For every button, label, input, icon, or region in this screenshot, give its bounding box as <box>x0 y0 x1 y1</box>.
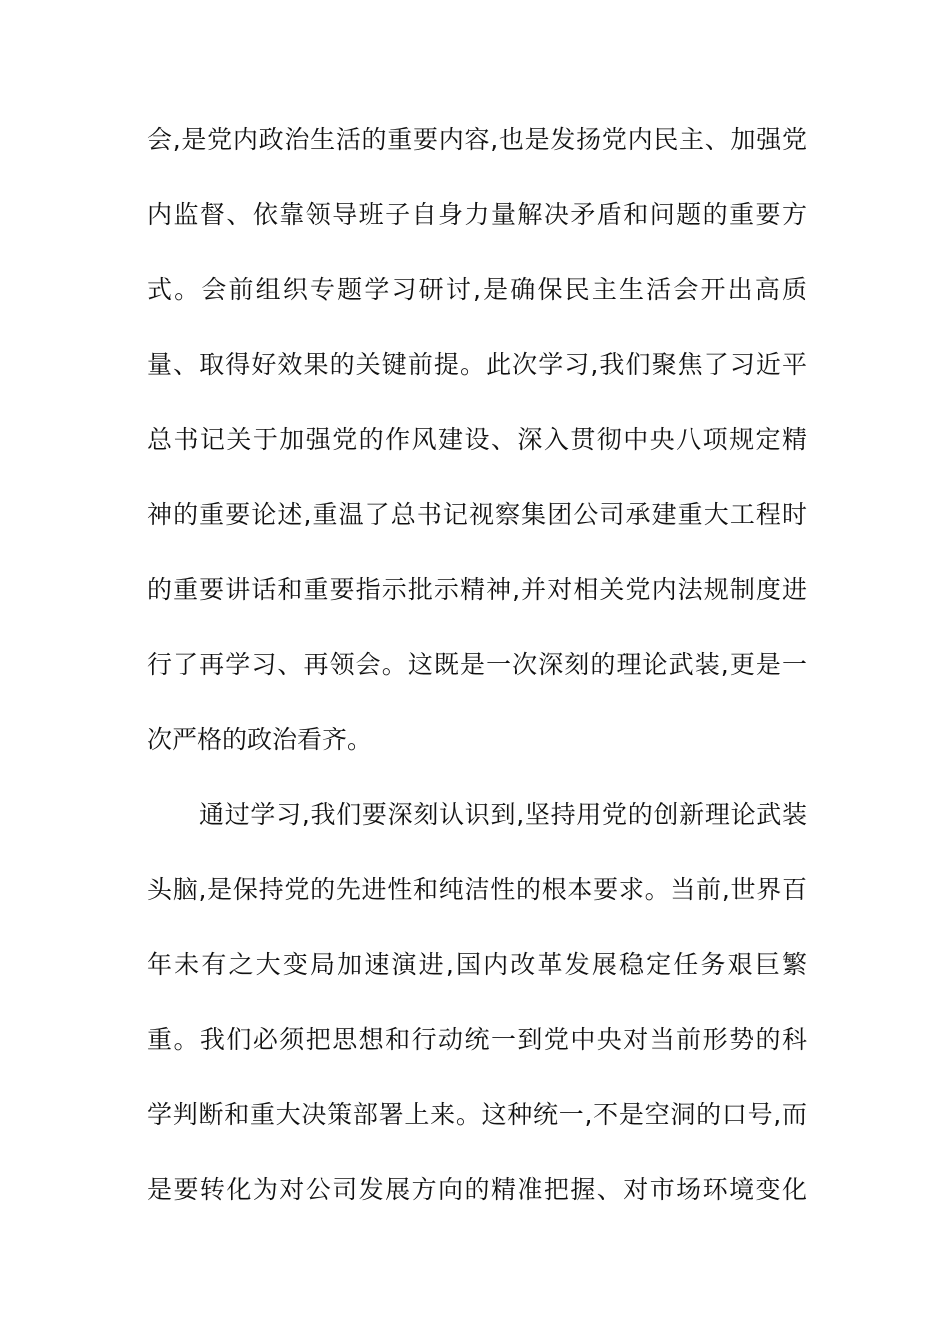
paragraph-line: 头脑,是保持党的先进性和纯洁性的根本要求。当前,世界百 <box>147 875 807 905</box>
paragraph-line: 总书记关于加强党的作风建设、深入贯彻中央八项规定精 <box>147 425 807 455</box>
paragraph-line: 式。会前组织专题学习研讨,是确保民主生活会开出高质 <box>147 275 807 305</box>
paragraph-line: 次严格的政治看齐。 <box>147 725 807 755</box>
paragraph-line: 学判断和重大决策部署上来。这种统一,不是空洞的口号,而 <box>147 1100 807 1130</box>
document-page: 会,是党内政治生活的重要内容,也是发扬党内民主、加强党 内监督、依靠领导班子自身… <box>0 0 950 1344</box>
paragraph-line: 神的重要论述,重温了总书记视察集团公司承建重大工程时 <box>147 500 807 530</box>
paragraph-first-line: 通过学习,我们要深刻认识到,坚持用党的创新理论武装 <box>199 800 807 830</box>
paragraph-line: 是要转化为对公司发展方向的精准把握、对市场环境变化 <box>147 1175 807 1205</box>
paragraph-line: 重。我们必须把思想和行动统一到党中央对当前形势的科 <box>147 1025 807 1055</box>
paragraph-line: 量、取得好效果的关键前提。此次学习,我们聚焦了习近平 <box>147 350 807 380</box>
paragraph-line: 的重要讲话和重要指示批示精神,并对相关党内法规制度进 <box>147 575 807 605</box>
paragraph-line: 年未有之大变局加速演进,国内改革发展稳定任务艰巨繁 <box>147 950 807 980</box>
paragraph-line: 会,是党内政治生活的重要内容,也是发扬党内民主、加强党 <box>147 125 807 155</box>
paragraph-line: 内监督、依靠领导班子自身力量解决矛盾和问题的重要方 <box>147 200 807 230</box>
paragraph-line: 行了再学习、再领会。这既是一次深刻的理论武装,更是一 <box>147 650 807 680</box>
